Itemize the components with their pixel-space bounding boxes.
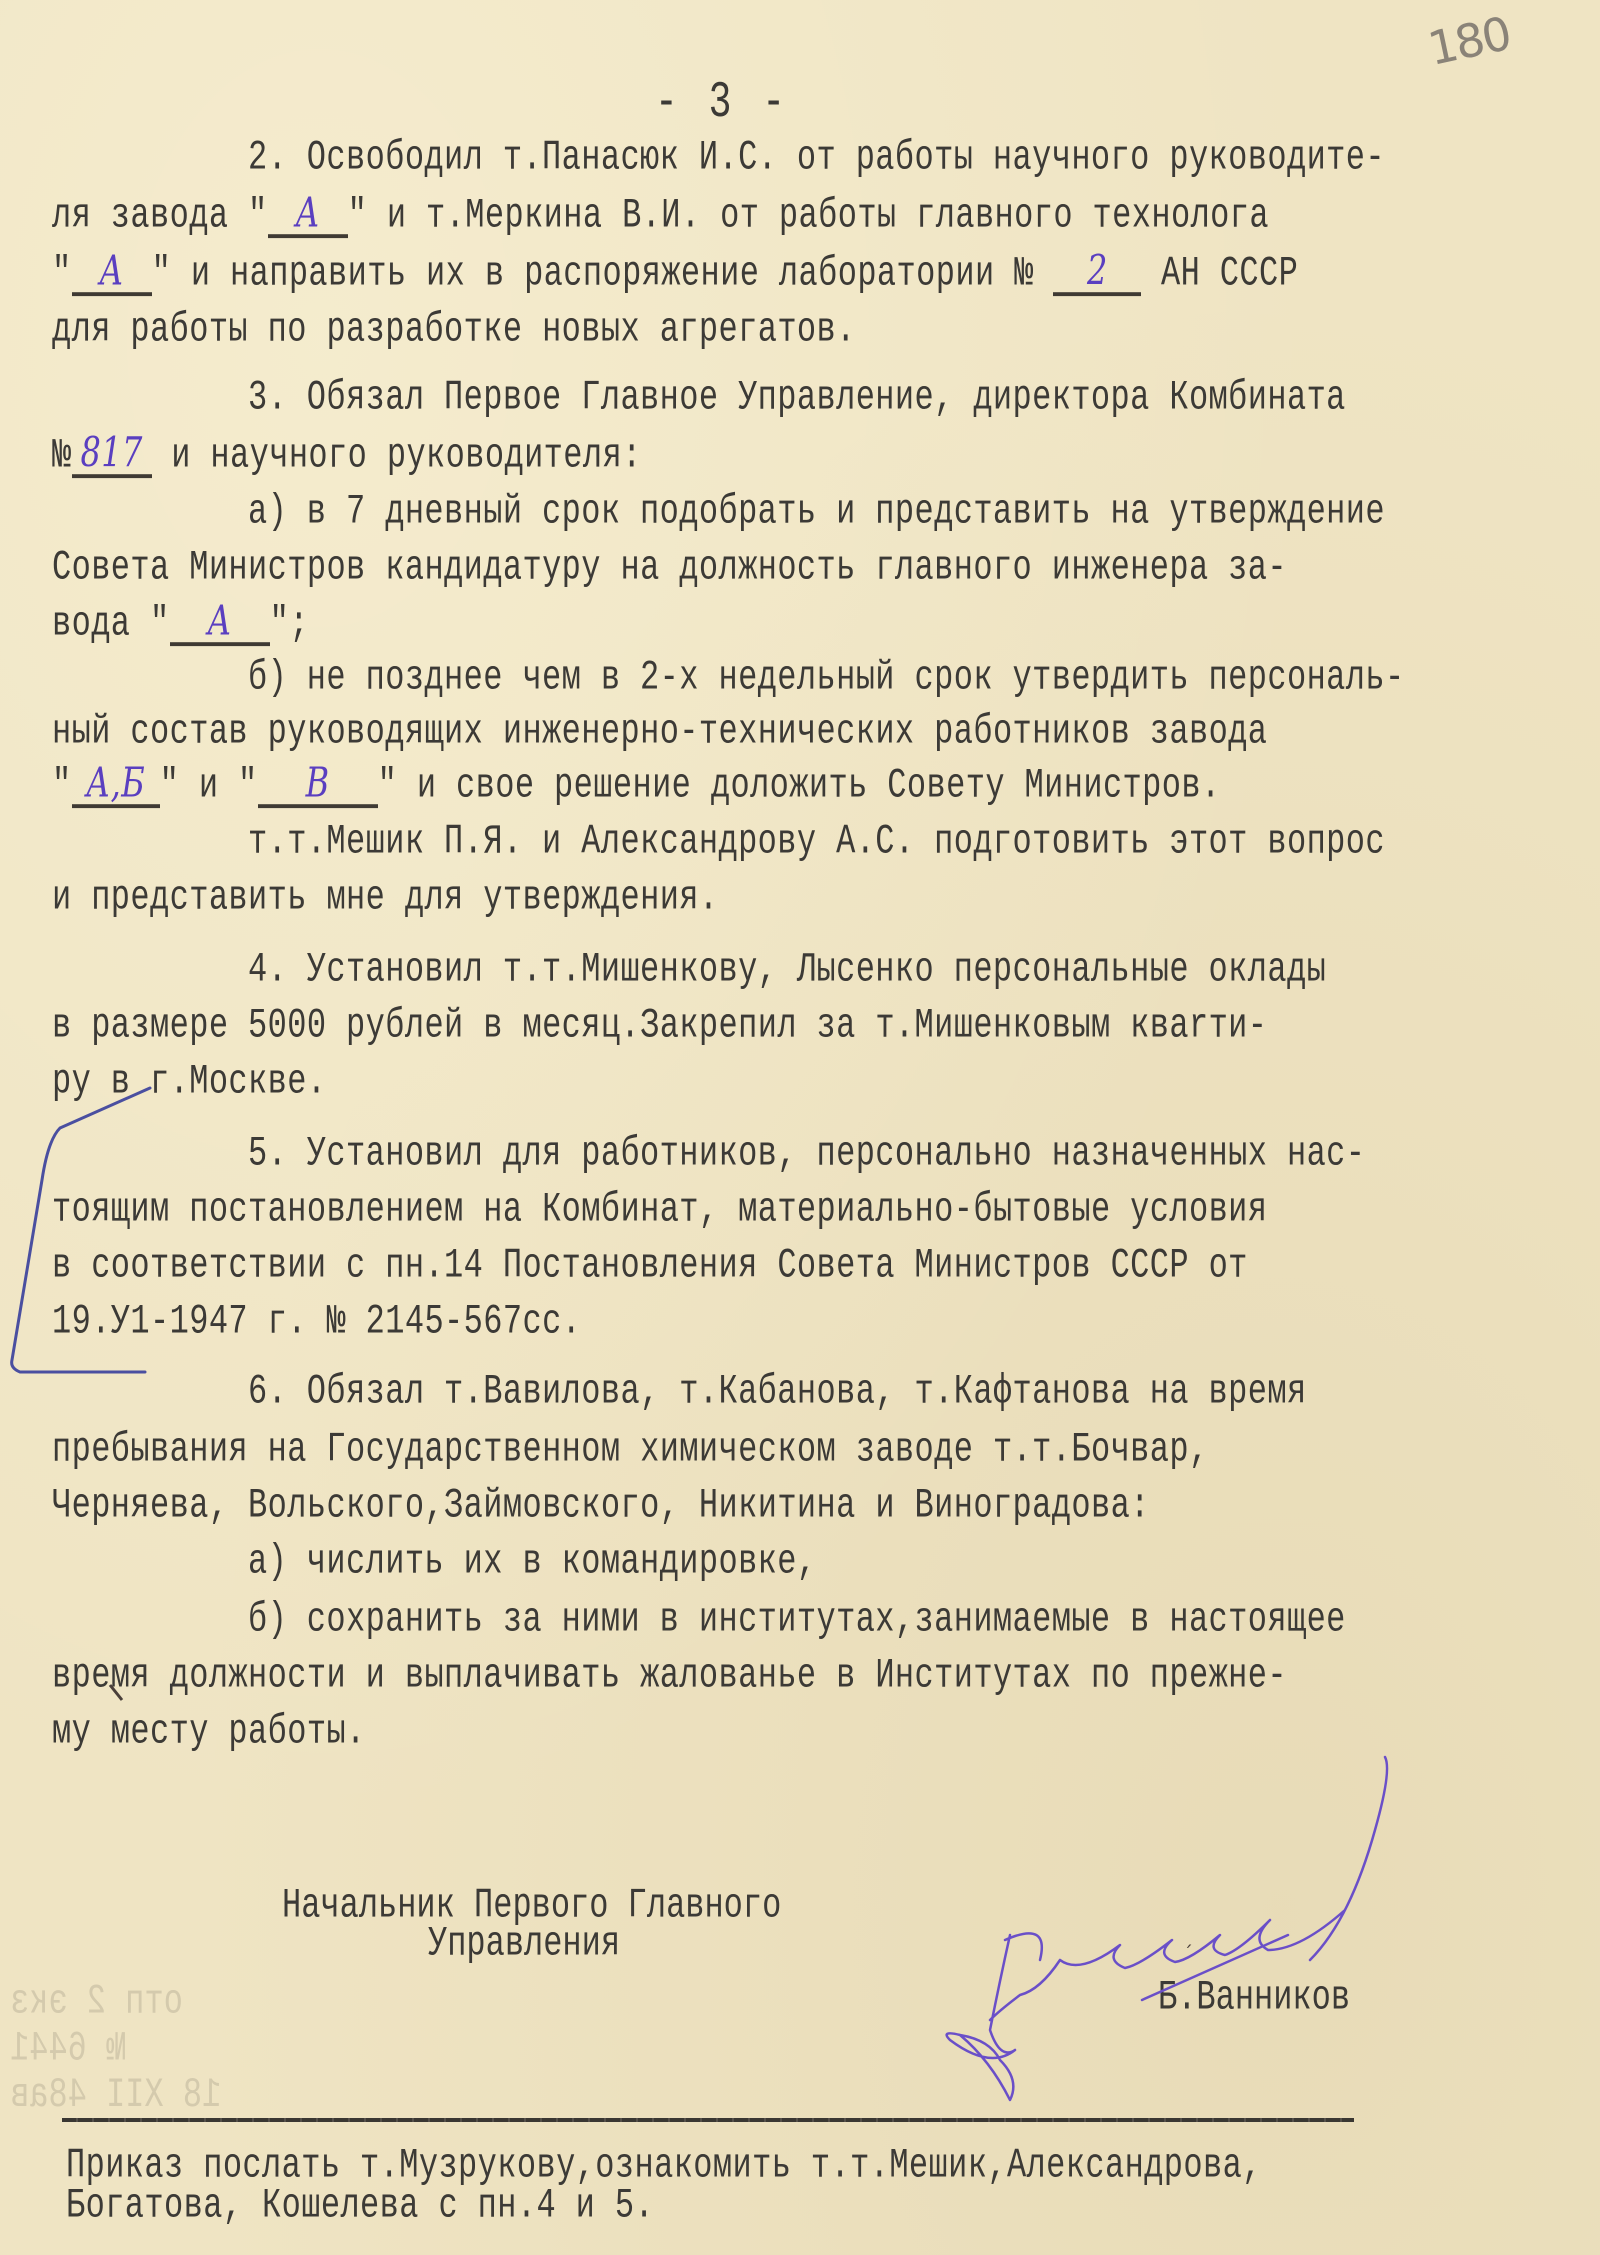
distribution-note-line: Богатова, Кошелева с пн.4 и 5. <box>66 2180 654 2232</box>
paragraph-3-line: т.т.Мешик П.Я. и Александрову А.С. подго… <box>248 816 1385 868</box>
handwritten-fill: А <box>170 598 270 646</box>
accent-mark: ´ <box>1183 1941 1193 1965</box>
paragraph-5-line: 19.У1-1947 г. № 2145-567сс. <box>52 1296 581 1348</box>
paragraph-2-line: 2. Освободил т.Панасюк И.С. от работы на… <box>248 132 1385 184</box>
handwritten-fill: 2 <box>1053 248 1141 296</box>
paragraph-4-line: 4. Установил т.т.Мишенкову, Лысенко перс… <box>248 944 1326 996</box>
paragraph-6-line: пребывания на Государственном химическом… <box>52 1424 1209 1476</box>
paragraph-3-line: Совета Министров кандидатуру на должност… <box>52 542 1287 594</box>
text-run: " и направить их в распоряжение лаборато… <box>152 249 1034 297</box>
text-run: вода " <box>52 599 170 647</box>
paragraph-2-line: для работы по разработке новых агрегатов… <box>52 304 856 356</box>
paragraph-6-line: а) числить их в командировке, <box>248 1536 817 1588</box>
paragraph-2-line: "А" и направить их в распоряжение лабора… <box>52 248 1298 300</box>
text-run: " и свое решение доложить Совету Министр… <box>378 761 1221 809</box>
signature-icon <box>947 1757 1387 2100</box>
paragraph-6-line: время должности и выплачивать жалованье … <box>52 1650 1287 1702</box>
handwritten-fill: 817 <box>72 430 152 478</box>
folio-number: 180 <box>1423 6 1514 76</box>
paragraph-6-line: б) сохранить за ними в институтах,занима… <box>248 1594 1346 1646</box>
signatory-name: Б.Ванников <box>1158 1972 1350 2024</box>
paragraph-4-line: ру в г.Москве. <box>52 1056 326 1108</box>
handwritten-fill: А,Б <box>72 760 160 808</box>
paragraph-6-line: му месту работы. <box>52 1706 366 1758</box>
text-run: отп 2 экз <box>10 1978 183 2026</box>
paragraph-5-line: 5. Установил для работников, персонально… <box>248 1128 1365 1180</box>
text-run: АН СССР <box>1141 249 1298 297</box>
text-run: " <box>52 249 72 297</box>
handwritten-fill: В <box>258 760 378 808</box>
paragraph-5-line: тоящим постановлением на Комбинат, матер… <box>52 1184 1267 1236</box>
paragraph-3-line: вода "А"; <box>52 598 309 650</box>
paragraph-3-line: б) не позднее чем в 2-х недельный срок у… <box>248 652 1405 704</box>
paragraph-2-line: ля завода "А" и т.Меркина В.И. от работы… <box>52 190 1269 242</box>
paragraph-3-line: 3. Обязал Первое Главное Управление, дир… <box>248 372 1346 424</box>
paragraph-4-line: в размере 5000 рублей в месяц.Закрепил з… <box>52 1000 1267 1052</box>
text-run: № 6441 <box>10 2024 125 2072</box>
paragraph-6-line: 6. Обязал т.Вавилова, т.Кабанова, т.Кафт… <box>248 1366 1307 1418</box>
paragraph-3-line: и представить мне для утверждения. <box>52 872 719 924</box>
text-run: 18 XII 48ав <box>10 2071 221 2119</box>
text-run: и научного руководителя: <box>152 431 642 479</box>
text-run: " и т.Меркина В.И. от работы главного те… <box>348 191 1269 239</box>
paragraph-3-line: "А,Б" и "В" и свое решение доложить Сове… <box>52 760 1221 812</box>
paragraph-5-line: в соответствии с пн.14 Постановления Сов… <box>52 1240 1248 1292</box>
paragraph-3-line: №817 и научного руководителя: <box>52 430 642 482</box>
paragraph-3-line: а) в 7 дневный срок подобрать и представ… <box>248 486 1385 538</box>
paragraph-6-line: Черняева, Вольского,Займовского, Никитин… <box>52 1480 1150 1532</box>
text-run: ля завода " <box>52 191 268 239</box>
handwritten-fill: А <box>268 190 348 238</box>
handwritten-fill: А <box>72 248 152 296</box>
text-run: " <box>52 761 72 809</box>
text-run: " и " <box>160 761 258 809</box>
signatory-title-line: Управления <box>428 1918 620 1970</box>
document-page: 180 - 3 - 2. Освободил т.Панасюк И.С. от… <box>0 0 1600 2255</box>
page-number: - 3 - <box>655 74 789 132</box>
separator-rule <box>62 2118 1354 2122</box>
text-run: "; <box>270 599 309 647</box>
text-run: № <box>52 431 72 479</box>
bleed-through-stamp: отп 2 экз № 6441 18 XII 48ав <box>10 1979 270 2119</box>
paragraph-3-line: ный состав руководящих инженерно-техниче… <box>52 706 1267 758</box>
